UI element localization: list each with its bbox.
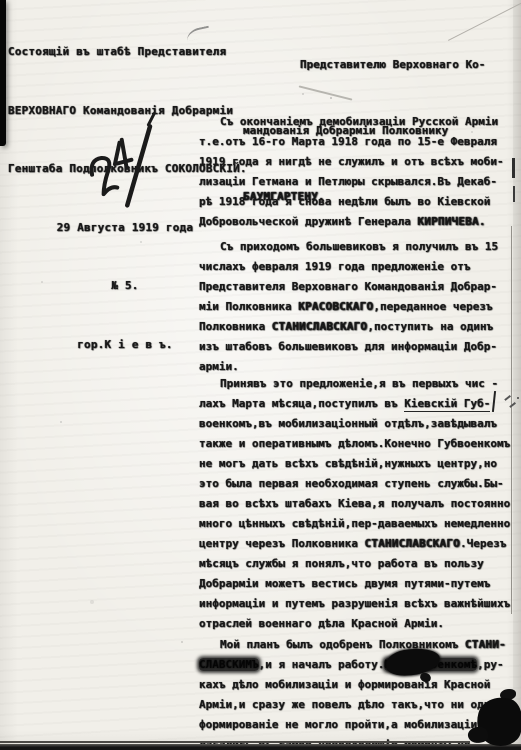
text-line: т.е.отъ 16-го Марта 1918 года по 15-е Фе…: [199, 132, 517, 152]
text-segment: лахъ Марта мѣсяца,поступилъ въ: [199, 397, 404, 410]
scan-edge-bottom: [0, 744, 521, 750]
body-paragraph: Съ окончаніемъ демобилизаціи Русской Арм…: [199, 112, 517, 232]
text-line: центру черезъ Полковника СТАНИСЛАВСКАГО.…: [199, 534, 517, 554]
text-segment: ,переданное черезъ: [373, 300, 492, 313]
caps-segment: СТАНИСЛАВСКАГО: [365, 537, 461, 550]
pencil-mark: [517, 397, 519, 399]
text-line: много цѣнныхъ свѣдѣній,пер-даваемыхъ нем…: [199, 514, 517, 534]
text-segment: центру черезъ Полковника: [199, 537, 365, 550]
text-segment: 1919 года я нигдѣ не служилъ и отъ всѣхъ…: [199, 155, 504, 168]
text-segment: информаціи и путемъ разрушенія всѣхъ важ…: [199, 597, 510, 610]
text-line: мѣсяцъ службы я понялъ,что работа въ пол…: [199, 554, 517, 574]
text-line: лизаціи Гетмана и Петлюры скрывался.Въ Д…: [199, 172, 517, 192]
text-segment: Полковника: [199, 320, 272, 333]
text-line: Принявъ это предложеніе,я въ первыхъ чис…: [199, 374, 517, 394]
caps-segment: КРАСОВСКАГО: [298, 300, 373, 313]
text-segment: военкомъ,въ мобилизаціонный отдѣлъ,завѣд…: [199, 417, 497, 430]
text-segment: рѣ 1918 года я снова недѣли былъ во Кіев…: [199, 195, 490, 208]
text-segment: Съ приходомъ большевиковъ я получилъ въ …: [220, 240, 498, 253]
text-line: отраслей военнаго дѣла Красной Арміи.: [199, 614, 517, 634]
scan-edge-dash: [512, 158, 515, 178]
caps-segment: КИРПИЧЕВА.: [418, 215, 486, 228]
text-segment: много цѣнныхъ свѣдѣній,пер-даваемыхъ нем…: [199, 517, 510, 530]
text-line: Представителя Верховнаго Командованія До…: [199, 277, 517, 297]
text-segment: числахъ февраля 1919 года предложеніе от…: [199, 260, 471, 273]
text-line: Арміи,и сразу же повелъ дѣло такъ,что ни…: [199, 695, 517, 715]
text-segment: арміи.: [199, 360, 239, 373]
handwritten-24-icon: [64, 112, 182, 212]
text-line: Добровольческой дружинѣ Генерала КИРПИЧЕ…: [199, 212, 517, 232]
text-line: СЛАВСКИМЪ,и я началъ работу.Въ Губвоенко…: [199, 655, 517, 675]
blot-segment: СЛАВСКИМЪ: [199, 658, 259, 671]
text-segment: ,поступить на одинъ: [367, 320, 493, 333]
handwritten-number-mark: [64, 112, 182, 216]
text-segment: Добровольческой дружинѣ Генерала: [199, 215, 418, 228]
text-segment: Представителя Верховнаго Командованія До…: [199, 280, 497, 293]
scanned-document-page: Состоящій въ штабѣ Представителя ВЕРХОВН…: [0, 0, 521, 750]
text-line: лахъ Марта мѣсяца,поступилъ въ Кіевскій …: [199, 394, 517, 414]
text-line: изъ штабовъ большевиковъ для информаціи …: [199, 337, 517, 357]
text-line: Добрарміи можетъ вестись двумя путями-пу…: [199, 574, 517, 594]
text-line: это была первая необходимая ступень служ…: [199, 474, 517, 494]
scan-edge-dash: [513, 186, 515, 202]
text-line: 1919 года я нигдѣ не служилъ и отъ всѣхъ…: [199, 152, 517, 172]
text-segment: не могъ дать всѣхъ свѣдѣній,нужныхъ цент…: [199, 457, 497, 470]
text-segment: мѣсяцъ службы я понялъ,что работа въ пол…: [199, 557, 484, 570]
text-line: числахъ февраля 1919 года предложеніе от…: [199, 257, 517, 277]
text-segment: т.е.отъ 16-го Марта 1918 года по 15-е Фе…: [199, 135, 497, 148]
text-line: вая во всѣхъ штабахъ Кіева,я получалъ по…: [199, 494, 517, 514]
text-segment: ,ру-: [477, 658, 504, 671]
text-segment: ,и я началъ работу.: [259, 658, 385, 671]
text-segment: формированіе не могло пройти,а мобилизац…: [199, 718, 477, 731]
caps-segment: СТАНИСЛАВСКАГО: [272, 320, 368, 333]
text-line: также и оперативнымъ дѣломъ.Конечно Губв…: [199, 434, 517, 454]
text-line: рѣ 1918 года я снова недѣли былъ во Кіев…: [199, 192, 517, 212]
text-line: Мой планъ былъ одобренъ Полковникомъ СТА…: [199, 635, 517, 655]
text-segment: Арміи,и сразу же повелъ дѣло такъ,что ни…: [199, 698, 497, 711]
caps-segment: СТАНИ-: [465, 638, 506, 651]
text-line: Полковника СТАНИСЛАВСКАГО,поступить на о…: [199, 317, 517, 337]
body-paragraph: Съ приходомъ большевиковъ я получилъ въ …: [199, 237, 517, 377]
text-line: міи Полковника КРАСОВСКАГО,переданное че…: [199, 297, 517, 317]
text-segment: также и оперативнымъ дѣломъ.Конечно Губв…: [199, 437, 510, 450]
text-line: военкомъ,въ мобилизаціонный отдѣлъ,завѣд…: [199, 414, 517, 434]
scan-edge-bottom-line: [0, 741, 470, 743]
text-segment: .Черезъ: [460, 537, 506, 550]
text-segment: Принявъ это предложеніе,я въ первыхъ чис…: [220, 377, 498, 390]
text-segment: отраслей военнаго дѣла Красной Арміи.: [199, 617, 444, 630]
text-segment: міи Полковника: [199, 300, 298, 313]
scan-edge-left: [0, 0, 6, 146]
text-segment: Добрарміи можетъ вестись двумя путями-пу…: [199, 577, 490, 590]
recipient-line: Представителю Верховнаго Ко-: [243, 54, 463, 76]
text-segment: лизаціи Гетмана и Петлюры скрывался.Въ Д…: [199, 175, 497, 188]
text-line: не могъ дать всѣхъ свѣдѣній,нужныхъ цент…: [199, 454, 517, 474]
text-line: Съ приходомъ большевиковъ я получилъ въ …: [199, 237, 517, 257]
text-segment: вая во всѣхъ штабахъ Кіева,я получалъ по…: [199, 497, 510, 510]
text-segment: кахъ дѣло мобилизаціи и формированія Кра…: [199, 678, 490, 691]
text-line: информаціи и путемъ разрушенія всѣхъ важ…: [199, 594, 517, 614]
text-line: кахъ дѣло мобилизаціи и формированія Кра…: [199, 675, 517, 695]
document-body: Съ окончаніемъ демобилизаціи Русской Арм…: [199, 112, 517, 750]
body-paragraph: Принявъ это предложеніе,я въ первыхъ чис…: [199, 374, 517, 634]
underline-segment: Кіевскій Губ-: [404, 397, 490, 412]
text-line: Съ окончаніемъ демобилизаціи Русской Арм…: [199, 112, 517, 132]
sender-line: Состоящій въ штабѣ Представителя: [8, 42, 242, 62]
text-segment: изъ штабовъ большевиковъ для информаціи …: [199, 340, 497, 353]
text-segment: это была первая необходимая ступень служ…: [199, 477, 504, 490]
text-segment: Съ окончаніемъ демобилизаціи Русской Арм…: [220, 115, 498, 128]
